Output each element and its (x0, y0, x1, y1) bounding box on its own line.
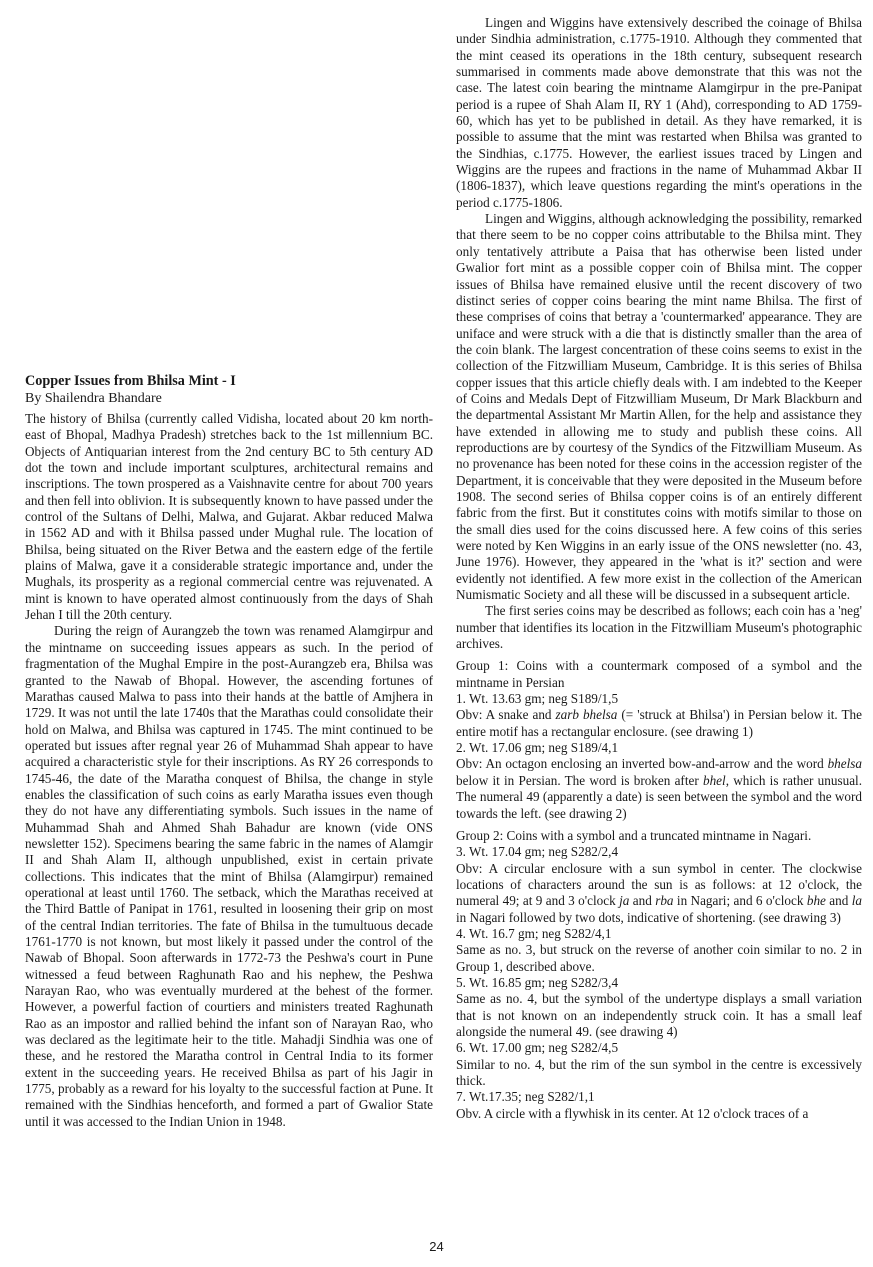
coin-entry-description: Same as no. 4, but the symbol of the und… (456, 991, 862, 1040)
article-byline: By Shailendra Bhandare (25, 390, 433, 407)
paragraph: During the reign of Aurangzeb the town w… (25, 623, 433, 1130)
group-heading: Group 1: Coins with a countermark compos… (456, 658, 862, 691)
coin-entry-head: 3. Wt. 17.04 gm; neg S282/2,4 (456, 844, 862, 860)
paragraph: Lingen and Wiggins have extensively desc… (456, 15, 862, 211)
group-heading: Group 2: Coins with a symbol and a trunc… (456, 828, 862, 844)
page-number: 24 (0, 1239, 873, 1254)
coin-entry-head: 6. Wt. 17.00 gm; neg S282/4,5 (456, 1040, 862, 1056)
coin-entry-head: 4. Wt. 16.7 gm; neg S282/4,1 (456, 926, 862, 942)
coin-entry-description: Obv. A circle with a flywhisk in its cen… (456, 1106, 862, 1122)
left-column: Copper Issues from Bhilsa Mint - I By Sh… (25, 373, 433, 1130)
article-title: Copper Issues from Bhilsa Mint - I (25, 373, 433, 390)
coin-group-1: Group 1: Coins with a countermark compos… (456, 658, 862, 821)
coin-entry-description: Same as no. 3, but struck on the reverse… (456, 942, 862, 975)
coin-entry-head: 7. Wt.17.35; neg S282/1,1 (456, 1089, 862, 1105)
coin-entry-head: 1. Wt. 13.63 gm; neg S189/1,5 (456, 691, 862, 707)
paragraph: The first series coins may be described … (456, 603, 862, 652)
right-column: Lingen and Wiggins have extensively desc… (456, 15, 862, 1122)
coin-entry-description: Obv: A snake and zarb bhelsa (= 'struck … (456, 707, 862, 740)
paragraph: Lingen and Wiggins, although acknowledgi… (456, 211, 862, 603)
paragraph: The history of Bhilsa (currently called … (25, 411, 433, 623)
coin-entry-description: Similar to no. 4, but the rim of the sun… (456, 1057, 862, 1090)
coin-entry-description: Obv: A circular enclosure with a sun sym… (456, 861, 862, 926)
coin-entry-head: 5. Wt. 16.85 gm; neg S282/3,4 (456, 975, 862, 991)
coin-entry-head: 2. Wt. 17.06 gm; neg S189/4,1 (456, 740, 862, 756)
coin-group-2: Group 2: Coins with a symbol and a trunc… (456, 828, 862, 1122)
coin-entry-description: Obv: An octagon enclosing an inverted bo… (456, 756, 862, 821)
